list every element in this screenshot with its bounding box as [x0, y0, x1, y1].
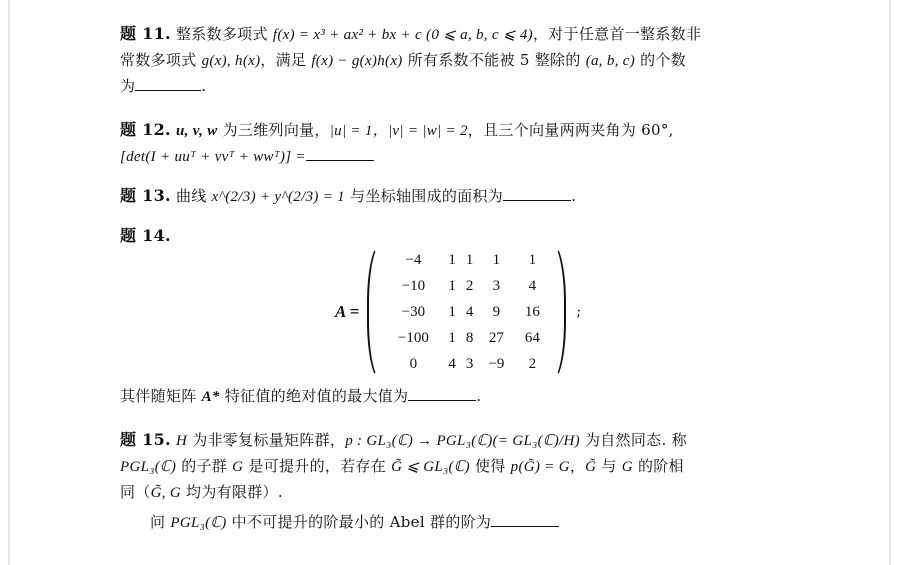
- problem-12-line-1: 题 12. u, v, w 为三维列向量，|u| = 1，|v| = |w| =…: [120, 120, 674, 141]
- matrix-A: A = −41111 −101234 −3014916 −100182764 0…: [335, 242, 581, 382]
- matrix-table: −41111 −101234 −3014916 −100182764 043−9…: [383, 247, 550, 377]
- problem-11-label: 题 11.: [120, 24, 171, 43]
- problem-14-label: 题 14.: [120, 226, 171, 245]
- problem-12-label: 题 12.: [120, 120, 171, 139]
- problem-13-line-1: 题 13. 曲线 x^(2/3) + y^(2/3) = 1 与坐标轴围成的面积…: [120, 186, 576, 207]
- problem-15-line-3: 同（G̃, G 均为有限群）.: [120, 482, 283, 503]
- problem-11-line-1: 题 11. 整系数多项式 f(x) = x³ + ax² + bx + c (0…: [120, 24, 701, 45]
- problem-15-line-4: 问 PGL₃(ℂ) 中不可提升的阶最小的 Abel 群的阶为: [150, 512, 559, 533]
- problem-15-line-2: PGL₃(ℂ) 的子群 G 是可提升的，若存在 G̃ ⩽ GL₃(ℂ) 使得 p…: [120, 456, 684, 477]
- matrix-label: A =: [335, 302, 359, 322]
- polynomial-f: f(x) = x³ + ax² + bx + c (0 ⩽ a, b, c ⩽ …: [273, 27, 533, 43]
- problem-15-label: 题 15.: [120, 430, 171, 449]
- answer-blank-14[interactable]: [408, 386, 476, 401]
- problem-13-label: 题 13.: [120, 186, 171, 205]
- right-paren: [550, 243, 566, 381]
- answer-blank-12[interactable]: [306, 146, 374, 161]
- answer-blank-11[interactable]: [135, 76, 201, 91]
- problem-11-line-3: 为.: [120, 76, 206, 96]
- page-border-left: [8, 0, 10, 565]
- problem-14-heading: 题 14.: [120, 226, 171, 246]
- matrix-row: 043−92: [383, 351, 550, 377]
- matrix-row: −100182764: [383, 325, 550, 351]
- problem-11-line-2: 常数多项式 g(x), h(x)，满足 f(x) − g(x)h(x) 所有系数…: [120, 50, 686, 71]
- matrix-row: −41111: [383, 247, 550, 273]
- answer-blank-13[interactable]: [503, 186, 571, 201]
- page-border-right: [889, 0, 891, 565]
- left-paren: [367, 243, 383, 381]
- astroid-equation: x^(2/3) + y^(2/3) = 1: [212, 189, 345, 205]
- problem-15-line-1: 题 15. H 为非零复标量矩阵群，p : GL₃(ℂ) → PGL₃(ℂ)(=…: [120, 430, 687, 451]
- matrix-row: −3014916: [383, 299, 550, 325]
- answer-blank-15[interactable]: [491, 512, 559, 527]
- problem-14-question: 其伴随矩阵 A* 特征值的绝对值的最大值为.: [120, 386, 481, 407]
- matrix-row: −101234: [383, 273, 550, 299]
- problem-12-line-2: [det(I + uuᵀ + vvᵀ + wwᵀ)] =: [120, 146, 374, 167]
